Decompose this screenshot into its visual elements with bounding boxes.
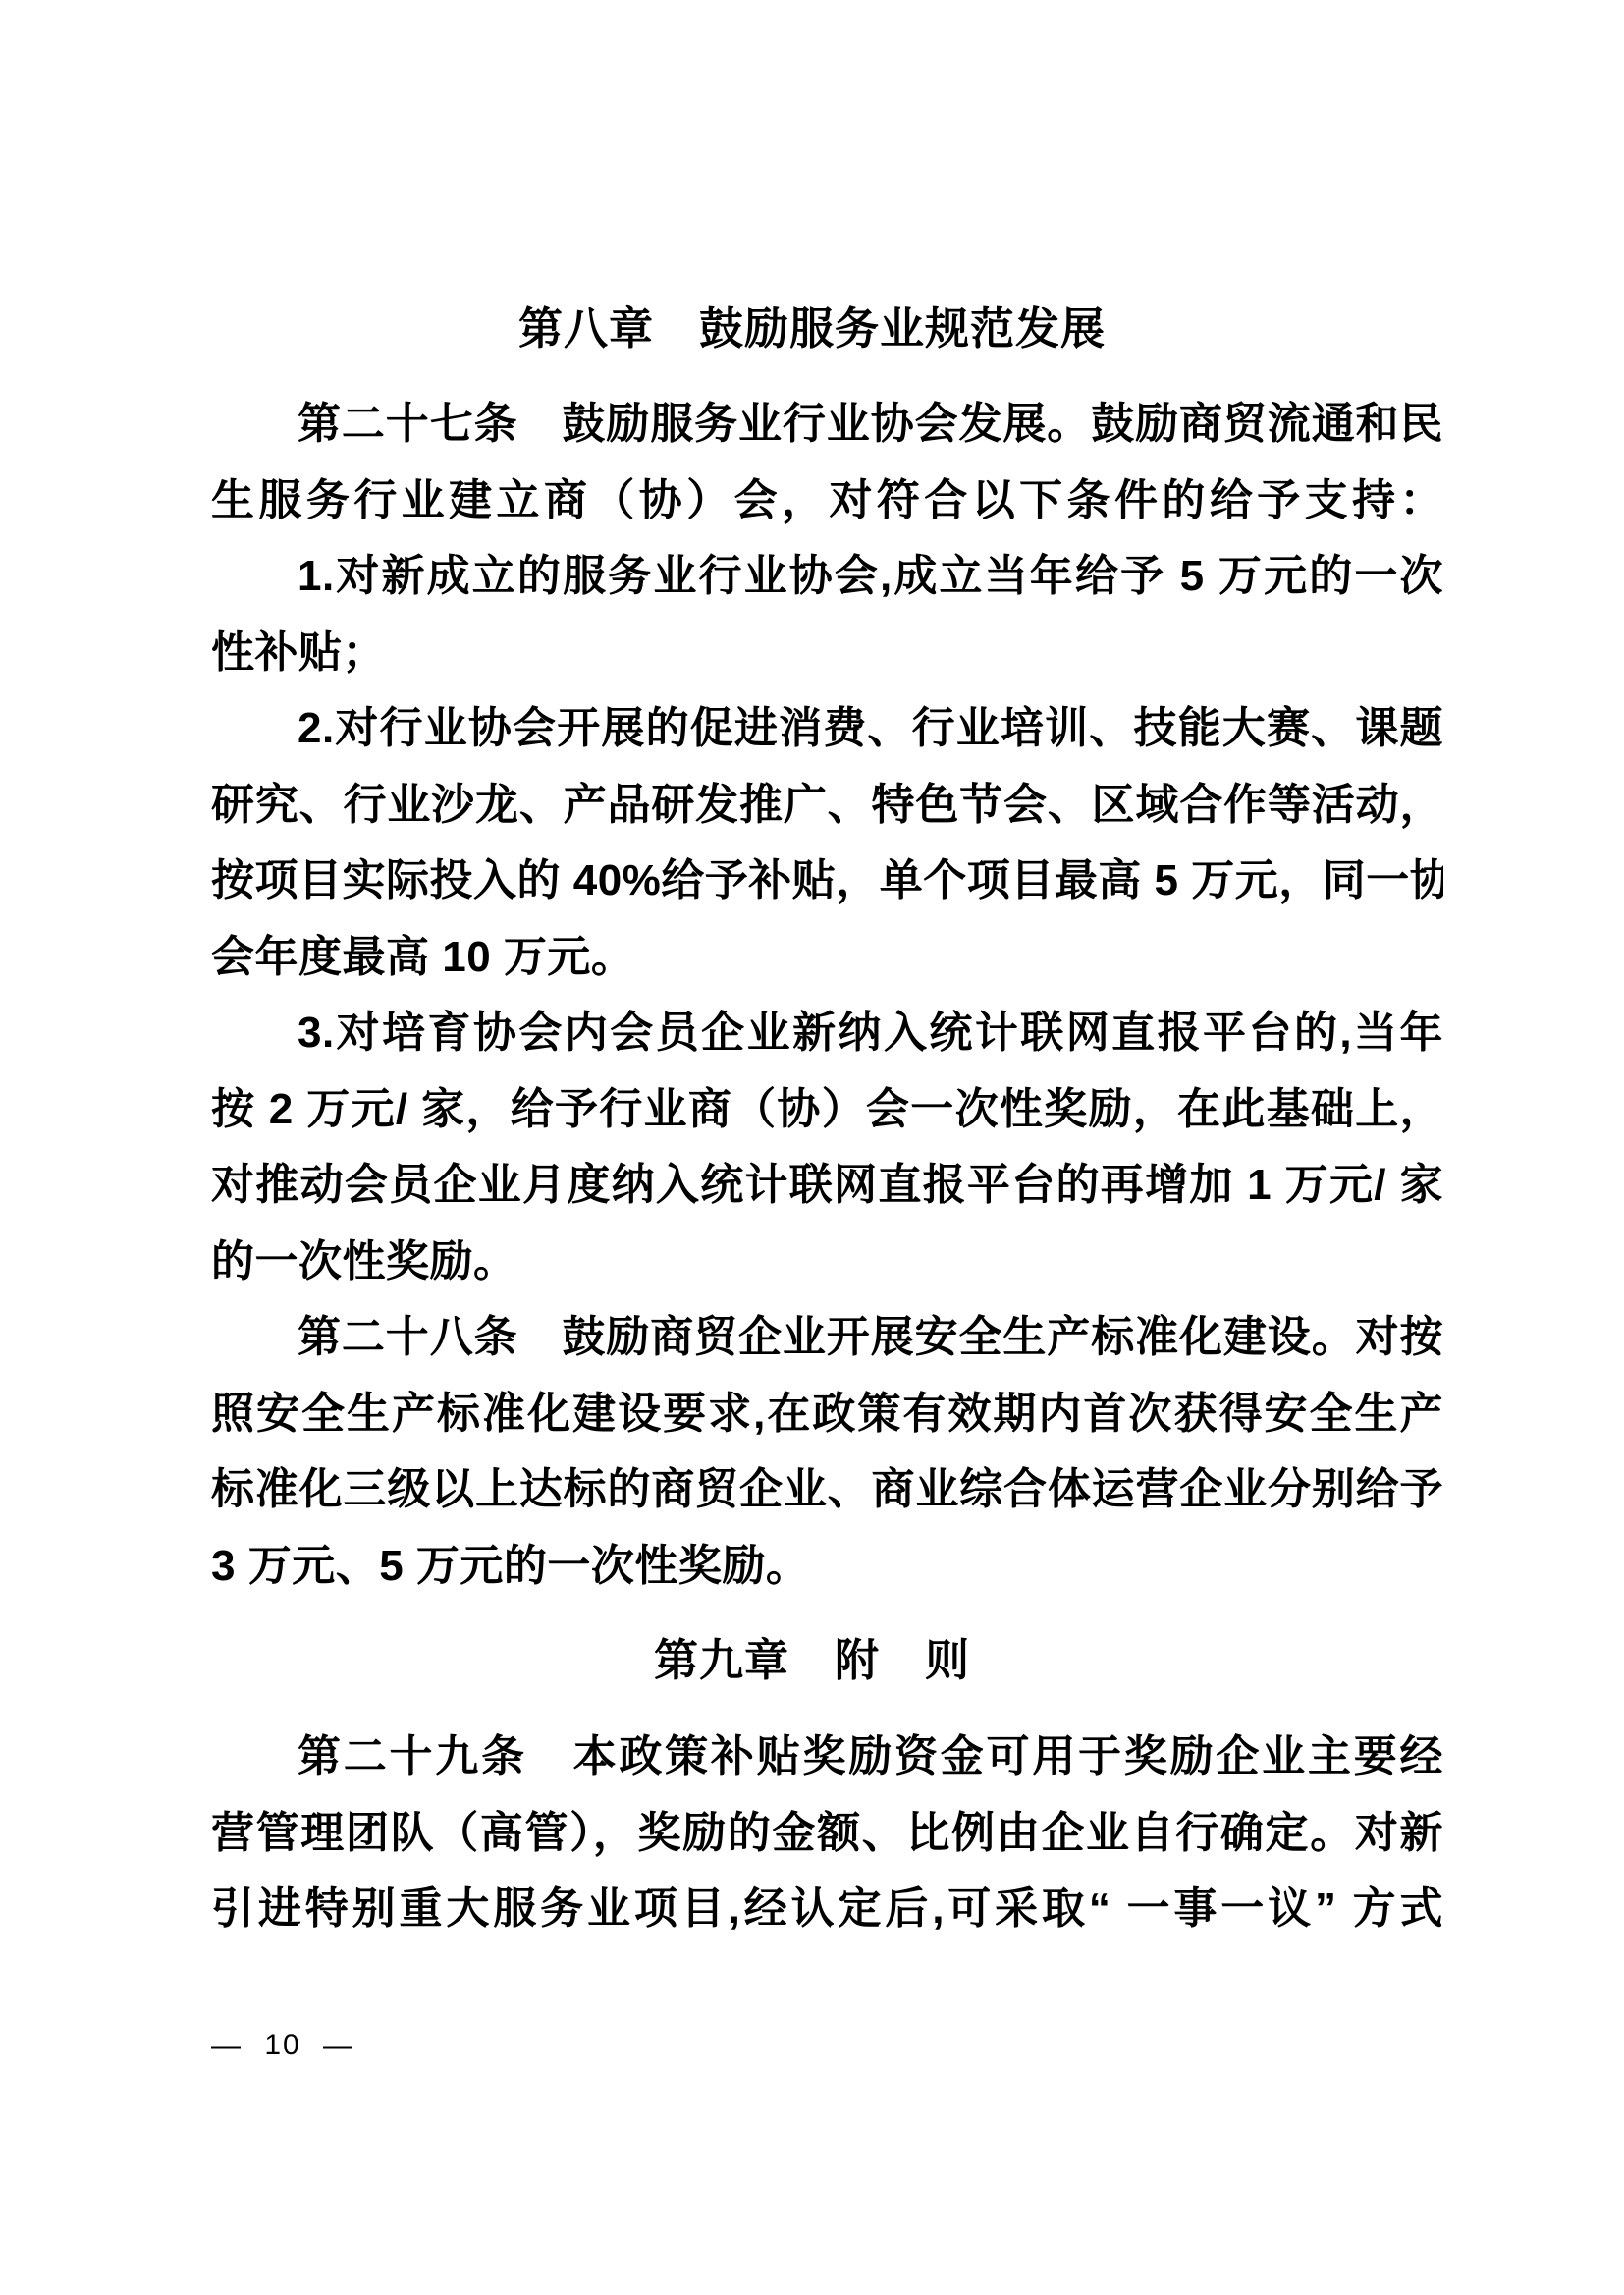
list-item-3: 3.对培育协会内会员企业新纳入统计联网直报平台的,当年 按 2 万元/ 家，给予… xyxy=(211,995,1443,1299)
article-27-line: 第二十七条 鼓励服务业行业协会发展。鼓励商贸流通和民 xyxy=(211,386,1443,463)
list-item-2-line: 按项目实际投入的 40%给予补贴，单个项目最高 5 万元，同一协 xyxy=(211,843,1443,919)
list-item-3-line: 按 2 万元/ 家，给予行业商（协）会一次性奖励，在此基础上， xyxy=(211,1071,1443,1148)
list-item-3-line: 3.对培育协会内会员企业新纳入统计联网直报平台的,当年 xyxy=(211,995,1443,1071)
article-29-line: 引进特别重大服务业项目,经认定后,可采取“ 一事一议” 方式 xyxy=(211,1871,1443,1947)
article-27-line: 生服务行业建立商（协）会，对符合以下条件的给予支持： xyxy=(211,463,1443,539)
article-29-line: 第二十九条 本政策补贴奖励资金可用于奖励企业主要经 xyxy=(211,1719,1443,1795)
list-item-1-line: 1.对新成立的服务业行业协会,成立当年给予 5 万元的一次 xyxy=(211,538,1443,615)
list-item-3-line: 的一次性奖励。 xyxy=(211,1224,1443,1300)
article-28-line: 3 万元、5 万元的一次性奖励。 xyxy=(211,1528,1443,1605)
article-29-paragraph: 第二十九条 本政策补贴奖励资金可用于奖励企业主要经 营管理团队（高管），奖励的金… xyxy=(211,1719,1443,1947)
article-27-paragraph: 第二十七条 鼓励服务业行业协会发展。鼓励商贸流通和民 生服务行业建立商（协）会，… xyxy=(211,386,1443,538)
article-29-line: 营管理团队（高管），奖励的金额、比例由企业自行确定。对新 xyxy=(211,1795,1443,1872)
article-28-line: 照安全生产标准化建设要求,在政策有效期内首次获得安全生产 xyxy=(211,1376,1443,1452)
document-page: 第八章 鼓励服务业规范发展 第二十七条 鼓励服务业行业协会发展。鼓励商贸流通和民… xyxy=(0,0,1624,2295)
article-28-line: 标准化三级以上达标的商贸企业、商业综合体运营企业分别给予 xyxy=(211,1451,1443,1528)
list-item-2: 2.对行业协会开展的促进消费、行业培训、技能大赛、课题 研究、行业沙龙、产品研发… xyxy=(211,690,1443,995)
list-item-1-line: 性补贴； xyxy=(211,615,1443,691)
chapter-8-heading: 第八章 鼓励服务业规范发展 xyxy=(0,291,1624,367)
list-item-2-line: 会年度最高 10 万元。 xyxy=(211,919,1443,996)
list-item-2-line: 2.对行业协会开展的促进消费、行业培训、技能大赛、课题 xyxy=(211,690,1443,767)
article-28-paragraph: 第二十八条 鼓励商贸企业开展安全生产标准化建设。对按 照安全生产标准化建设要求,… xyxy=(211,1299,1443,1604)
list-item-3-line: 对推动会员企业月度纳入统计联网直报平台的再增加 1 万元/ 家 xyxy=(211,1147,1443,1224)
list-item-1: 1.对新成立的服务业行业协会,成立当年给予 5 万元的一次 性补贴； xyxy=(211,538,1443,690)
page-number: — 10 — xyxy=(211,2025,354,2066)
list-item-2-line: 研究、行业沙龙、产品研发推广、特色节会、区域合作等活动， xyxy=(211,767,1443,844)
article-28-line: 第二十八条 鼓励商贸企业开展安全生产标准化建设。对按 xyxy=(211,1299,1443,1376)
chapter-9-heading: 第九章 附 则 xyxy=(0,1622,1624,1699)
